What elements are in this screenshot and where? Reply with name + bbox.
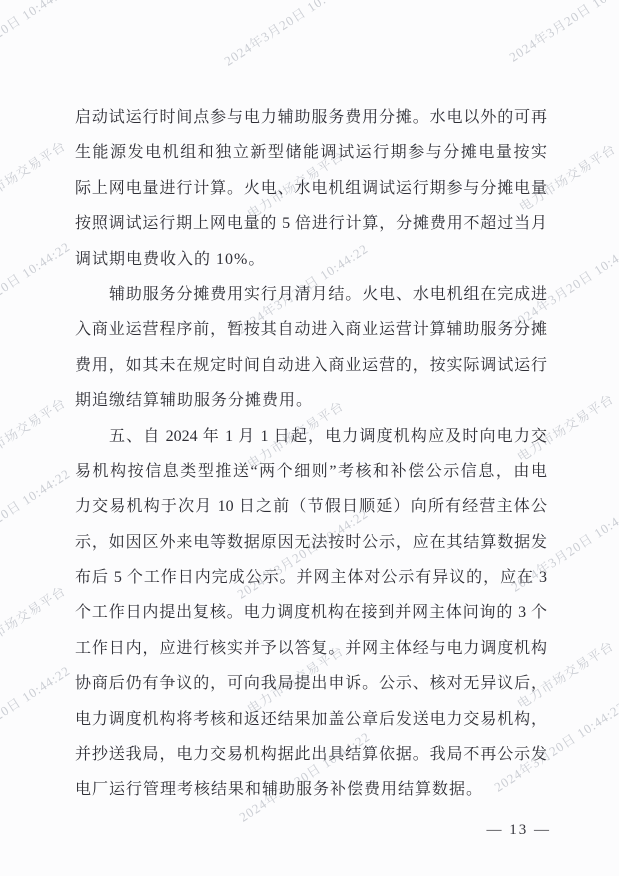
watermark-text: 2024年3月20日 10:44:22 — [505, 0, 619, 65]
text-line: 按照调试运行期上网电量的 5 倍进行计算，分摊费用不超过当月 — [75, 206, 547, 241]
text-line: 费用，如其未在规定时间自动进入商业运营的，按实际调试运行 — [75, 348, 547, 383]
text-line: 并抄送我局，电力交易机构据此出具结算依据。我局不再公示发 — [75, 737, 547, 772]
watermark-text: 2024年3月20日 10:44:22 — [0, 463, 73, 562]
document-page: 2024年3月20日 10:44:222024年3月20日 10:44:2220… — [0, 0, 619, 876]
text-line: 布后 5 个工作日内完成公示。并网主体对公示有异议的，应在 3 — [75, 560, 547, 595]
text-line: 电力调度机构将考核和返还结果加盖公章后发送电力交易机构， — [75, 702, 547, 737]
text-line: 生能源发电机组和独立新型储能调试运行期参与分摊电量按实 — [75, 135, 547, 170]
watermark-text: 2024年3月20日 10:44:22 — [0, 660, 73, 759]
text-line: 调试期电费收入的 10%。 — [75, 242, 547, 277]
watermark-text: 2024年3月20日 10:44:22 — [220, 0, 359, 69]
text-line: 工作日内，应进行核实并予以答复。并网主体经与电力调度机构 — [75, 631, 547, 666]
document-body: 启动试运行时间点参与电力辅助服务费用分摊。水电以外的可再 生能源发电机组和独立新… — [75, 100, 547, 808]
text-line: 五、自 2024 年 1 月 1 日起，电力调度机构应及时向电力交 — [75, 419, 547, 454]
text-line: 易机构按信息类型推送“两个细则”考核和补偿公示信息，由电 — [75, 454, 547, 489]
watermark-text: 2024年3月20日 10:44:22 — [0, 236, 73, 335]
text-line: 际上网电量进行计算。火电、水电机组调试运行期参与分摊电量 — [75, 171, 547, 206]
watermark-text: 2024年3月20日 10:44:22 — [0, 0, 73, 77]
text-line: 协商后仍有争议的，可向我局提出申诉。公示、核对无异议后， — [75, 666, 547, 701]
text-line: 入商业运营程序前，暂按其自动进入商业运营计算辅助服务分摊 — [75, 312, 547, 347]
text-line: 启动试运行时间点参与电力辅助服务费用分摊。水电以外的可再 — [75, 100, 547, 135]
watermark-text: 电力市场交易平台 — [0, 393, 69, 470]
text-line: 力交易机构于次月 10 日之前（节假日顺延）向所有经营主体公 — [75, 489, 547, 524]
text-line: 辅助服务分摊费用实行月清月结。火电、水电机组在完成进 — [75, 277, 547, 312]
text-line: 电厂运行管理考核结果和辅助服务补偿费用结算数据。 — [75, 772, 547, 807]
watermark-text: 电力市场交易平台 — [0, 581, 69, 658]
text-line: 示，如因区外来电等数据原因无法按时公示，应在其结算数据发 — [75, 525, 547, 560]
watermark-text: 电力市场交易平台 — [0, 136, 69, 213]
text-line: 期追缴结算辅助服务分摊费用。 — [75, 383, 547, 418]
page-number: — 13 — — [487, 822, 552, 839]
text-line: 个工作日内提出复核。电力调度机构在接到并网主体问询的 3 个 — [75, 595, 547, 630]
